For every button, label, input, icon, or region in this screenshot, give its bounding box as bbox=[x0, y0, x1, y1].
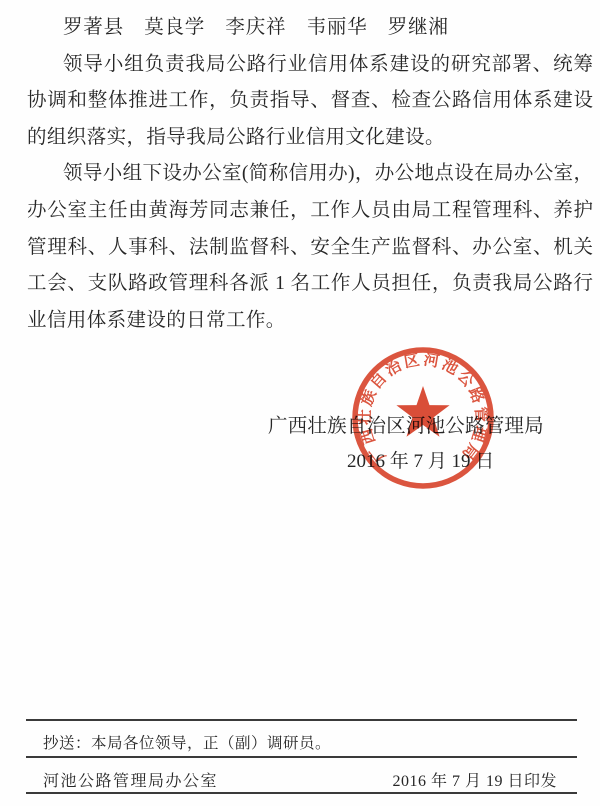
footer-divider-top bbox=[26, 719, 577, 721]
body-line: 领导小组下设办公室(简称信用办)，办公地点设在局办公室， bbox=[27, 156, 593, 193]
star-icon bbox=[396, 386, 449, 437]
cc-line: 抄送：本局各位领导，正（副）调研员。 bbox=[43, 731, 331, 753]
official-seal-icon: 广西壮族自治区河池公路管理局 bbox=[351, 346, 495, 490]
names-line: 罗著县 莫良学 李庆祥 韦丽华 罗继湘 bbox=[27, 10, 593, 47]
body-line: 办公室主任由黄海芳同志兼任，工作人员由局工程管理科、养护 bbox=[27, 193, 593, 230]
body-line: 领导小组负责我局公路行业信用体系建设的研究部署、统筹 bbox=[27, 47, 593, 84]
footer-divider-middle bbox=[26, 756, 577, 758]
document-body: 罗著县 莫良学 李庆祥 韦丽华 罗继湘 领导小组负责我局公路行业信用体系建设的研… bbox=[27, 10, 593, 339]
body-line: 协调和整体推进工作，负责指导、督查、检查公路信用体系建设 bbox=[27, 83, 593, 120]
body-line: 的组织落实，指导我局公路行业信用文化建设。 bbox=[27, 120, 593, 157]
issuing-office: 河池公路管理局办公室 bbox=[43, 768, 218, 791]
body-line: 工会、支队路政管理科各派 1 名工作人员担任，负责我局公路行 bbox=[27, 266, 593, 303]
document-page: 罗著县 莫良学 李庆祥 韦丽华 罗继湘 领导小组负责我局公路行业信用体系建设的研… bbox=[0, 0, 600, 806]
body-line: 管理科、人事科、法制监督科、安全生产监督科、办公室、机关 bbox=[27, 230, 593, 267]
footer-divider-bottom bbox=[26, 792, 577, 794]
body-line: 业信用体系建设的日常工作。 bbox=[27, 303, 593, 340]
print-date: 2016 年 7 月 19 日印发 bbox=[392, 768, 557, 791]
